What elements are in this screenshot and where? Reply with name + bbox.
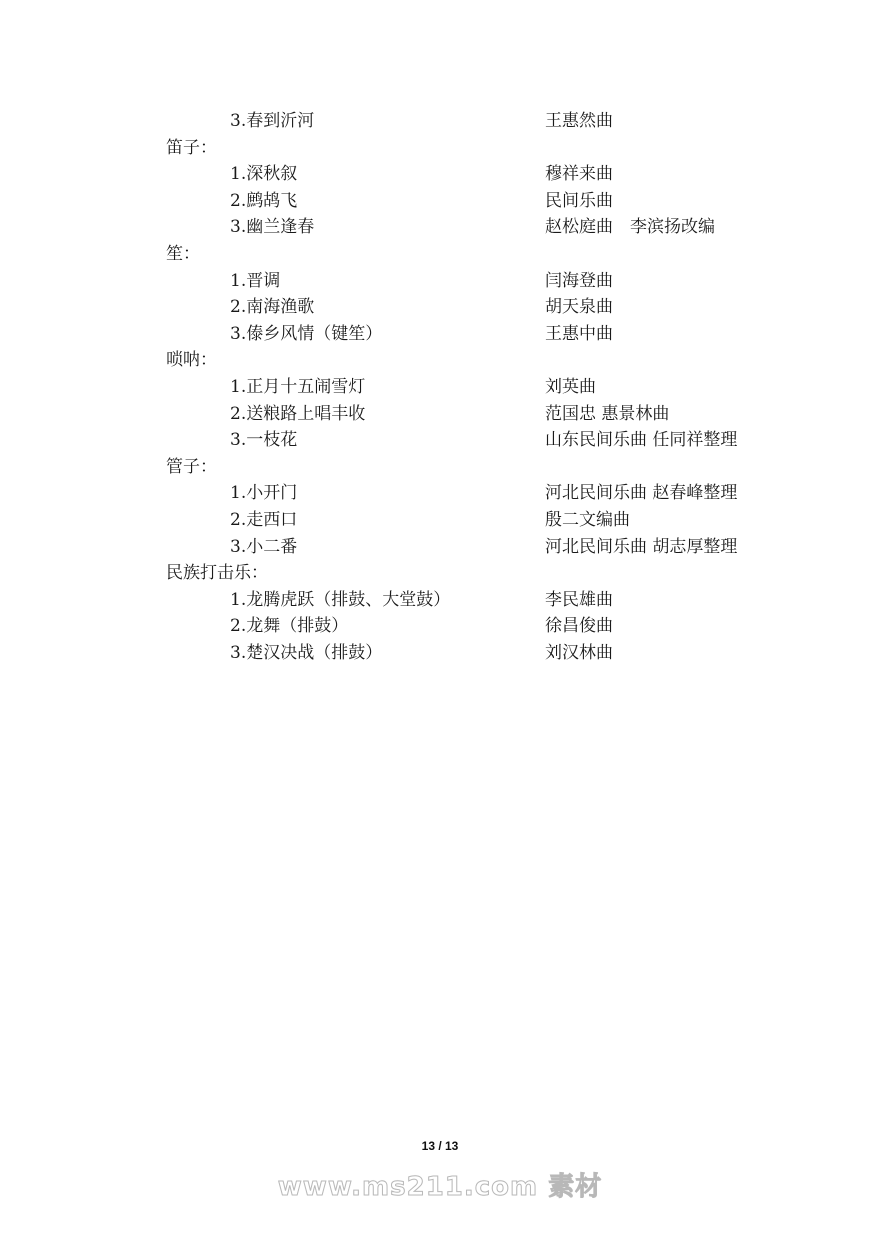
- list-item: 1.龙腾虎跃（排鼓、大堂鼓） 李民雄曲: [166, 587, 786, 614]
- piece-composer: 李民雄曲: [545, 587, 613, 614]
- piece-title: 1.龙腾虎跃（排鼓、大堂鼓）: [230, 587, 450, 614]
- list-item: 2.鹧鸪飞 民间乐曲: [166, 188, 786, 215]
- section-heading-guanzi: 管子：: [166, 454, 786, 481]
- list-item: 3.傣乡风情（键笙） 王惠中曲: [166, 321, 786, 348]
- piece-composer: 王惠中曲: [545, 321, 613, 348]
- list-item: 1.正月十五闹雪灯 刘英曲: [166, 374, 786, 401]
- document-page: 3.春到沂河 王惠然曲 笛子： 1.深秋叙 穆祥来曲 2.鹧鸪飞 民间乐曲 3.…: [0, 0, 880, 1244]
- repertoire-list: 3.春到沂河 王惠然曲 笛子： 1.深秋叙 穆祥来曲 2.鹧鸪飞 民间乐曲 3.…: [166, 108, 786, 666]
- piece-title: 3.一枝花: [230, 427, 297, 454]
- piece-composer: 民间乐曲: [545, 188, 613, 215]
- piece-title: 1.晋调: [230, 268, 280, 295]
- piece-title: 2.龙舞（排鼓）: [230, 613, 348, 640]
- section-heading-dizi: 笛子：: [166, 135, 786, 162]
- list-item: 3.楚汉决战（排鼓） 刘汉林曲: [166, 640, 786, 667]
- list-item: 3.小二番 河北民间乐曲 胡志厚整理: [166, 534, 786, 561]
- list-item: 2.送粮路上唱丰收 范国忠 惠景林曲: [166, 401, 786, 428]
- piece-title: 2.送粮路上唱丰收: [230, 401, 365, 428]
- watermark: www.ms211.com 素材: [0, 1166, 880, 1203]
- piece-composer: 王惠然曲: [545, 108, 613, 135]
- piece-title: 3.春到沂河: [230, 108, 314, 135]
- piece-composer: 徐昌俊曲: [545, 613, 613, 640]
- list-item: 3.一枝花 山东民间乐曲 任同祥整理: [166, 427, 786, 454]
- piece-composer: 闫海登曲: [545, 268, 613, 295]
- piece-title: 3.楚汉决战（排鼓）: [230, 640, 382, 667]
- list-item: 1.小开门 河北民间乐曲 赵春峰整理: [166, 480, 786, 507]
- piece-title: 1.深秋叙: [230, 161, 297, 188]
- piece-title: 1.小开门: [230, 480, 297, 507]
- piece-composer: 河北民间乐曲 赵春峰整理: [545, 480, 737, 507]
- piece-composer: 山东民间乐曲 任同祥整理: [545, 427, 737, 454]
- piece-composer: 刘汉林曲: [545, 640, 613, 667]
- list-item: 3.幽兰逢春 赵松庭曲 李滨扬改编: [166, 214, 786, 241]
- piece-title: 2.鹧鸪飞: [230, 188, 297, 215]
- piece-composer: 河北民间乐曲 胡志厚整理: [545, 534, 737, 561]
- piece-composer: 范国忠 惠景林曲: [545, 401, 669, 428]
- list-item: 2.走西口 殷二文编曲: [166, 507, 786, 534]
- piece-title: 3.幽兰逢春: [230, 214, 314, 241]
- section-heading-suona: 唢呐：: [166, 347, 786, 374]
- section-heading-percussion: 民族打击乐：: [166, 560, 786, 587]
- piece-title: 3.小二番: [230, 534, 297, 561]
- piece-composer: 穆祥来曲: [545, 161, 613, 188]
- piece-composer: 胡天泉曲: [545, 294, 613, 321]
- list-item: 1.晋调 闫海登曲: [166, 268, 786, 295]
- piece-title: 2.南海渔歌: [230, 294, 314, 321]
- list-item: 2.南海渔歌 胡天泉曲: [166, 294, 786, 321]
- piece-title: 1.正月十五闹雪灯: [230, 374, 365, 401]
- list-item: 3.春到沂河 王惠然曲: [166, 108, 786, 135]
- section-heading-sheng: 笙：: [166, 241, 786, 268]
- piece-composer: 赵松庭曲 李滨扬改编: [545, 214, 715, 241]
- piece-composer: 殷二文编曲: [545, 507, 630, 534]
- piece-composer: 刘英曲: [545, 374, 596, 401]
- piece-title: 2.走西口: [230, 507, 297, 534]
- page-number: 13 / 13: [0, 1139, 880, 1153]
- piece-title: 3.傣乡风情（键笙）: [230, 321, 382, 348]
- list-item: 2.龙舞（排鼓） 徐昌俊曲: [166, 613, 786, 640]
- list-item: 1.深秋叙 穆祥来曲: [166, 161, 786, 188]
